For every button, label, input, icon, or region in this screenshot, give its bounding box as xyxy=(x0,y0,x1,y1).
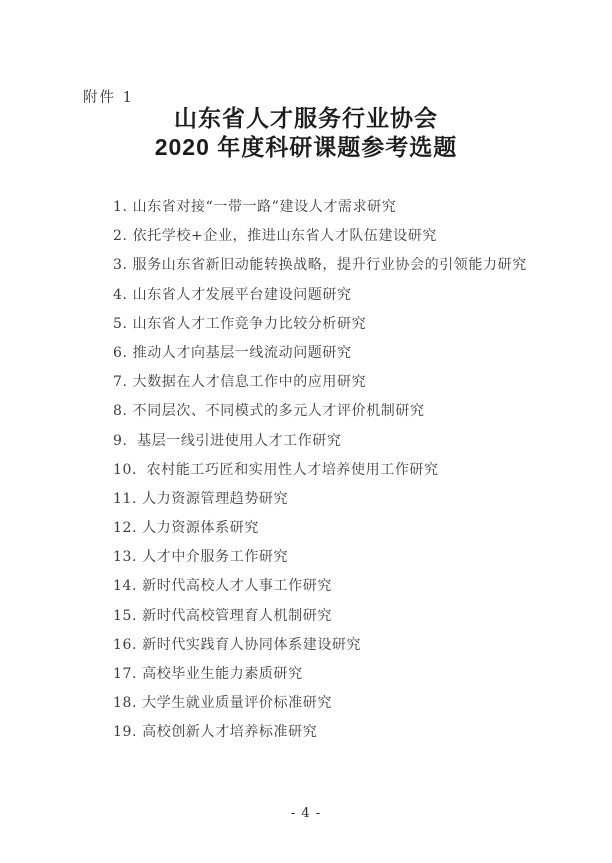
list-item: 10．农村能工巧匠和实用性人才培养使用工作研究 xyxy=(113,456,583,485)
list-item: 6. 推动人才向基层一线流动问题研究 xyxy=(113,339,583,368)
topic-list: 1. 山东省对接“一带一路”建设人才需求研究2. 依托学校+企业，推进山东省人才… xyxy=(113,193,583,748)
list-item: 8. 不同层次、不同模式的多元人才评价机制研究 xyxy=(113,397,583,426)
list-item: 3. 服务山东省新旧动能转换战略，提升行业协会的引领能力研究 xyxy=(113,251,583,280)
list-item: 11. 人力资源管理趋势研究 xyxy=(113,485,583,514)
list-item: 18. 大学生就业质量评价标准研究 xyxy=(113,689,583,718)
title-line-2: 2020 年度科研课题参考选题 xyxy=(0,133,612,162)
list-item: 14. 新时代高校人才人事工作研究 xyxy=(113,572,583,601)
list-item: 9．基层一线引进使用人才工作研究 xyxy=(113,427,583,456)
document-page: 附件 1 山东省人才服务行业协会 2020 年度科研课题参考选题 1. 山东省对… xyxy=(0,0,612,863)
list-item: 19. 高校创新人才培养标准研究 xyxy=(113,718,583,747)
list-item: 12. 人力资源体系研究 xyxy=(113,514,583,543)
list-item: 5. 山东省人才工作竞争力比较分析研究 xyxy=(113,310,583,339)
list-item: 7. 大数据在人才信息工作中的应用研究 xyxy=(113,368,583,397)
list-item: 17. 高校毕业生能力素质研究 xyxy=(113,660,583,689)
list-item: 2. 依托学校+企业，推进山东省人才队伍建设研究 xyxy=(113,222,583,251)
list-item: 16. 新时代实践育人协同体系建设研究 xyxy=(113,631,583,660)
page-number: - 4 - xyxy=(0,806,612,821)
list-item: 15. 新时代高校管理育人机制研究 xyxy=(113,602,583,631)
document-title: 山东省人才服务行业协会 2020 年度科研课题参考选题 xyxy=(0,104,612,162)
list-item: 4. 山东省人才发展平台建设问题研究 xyxy=(113,281,583,310)
title-line-1: 山东省人才服务行业协会 xyxy=(0,104,612,133)
list-item: 13. 人才中介服务工作研究 xyxy=(113,543,583,572)
list-item: 1. 山东省对接“一带一路”建设人才需求研究 xyxy=(113,193,583,222)
